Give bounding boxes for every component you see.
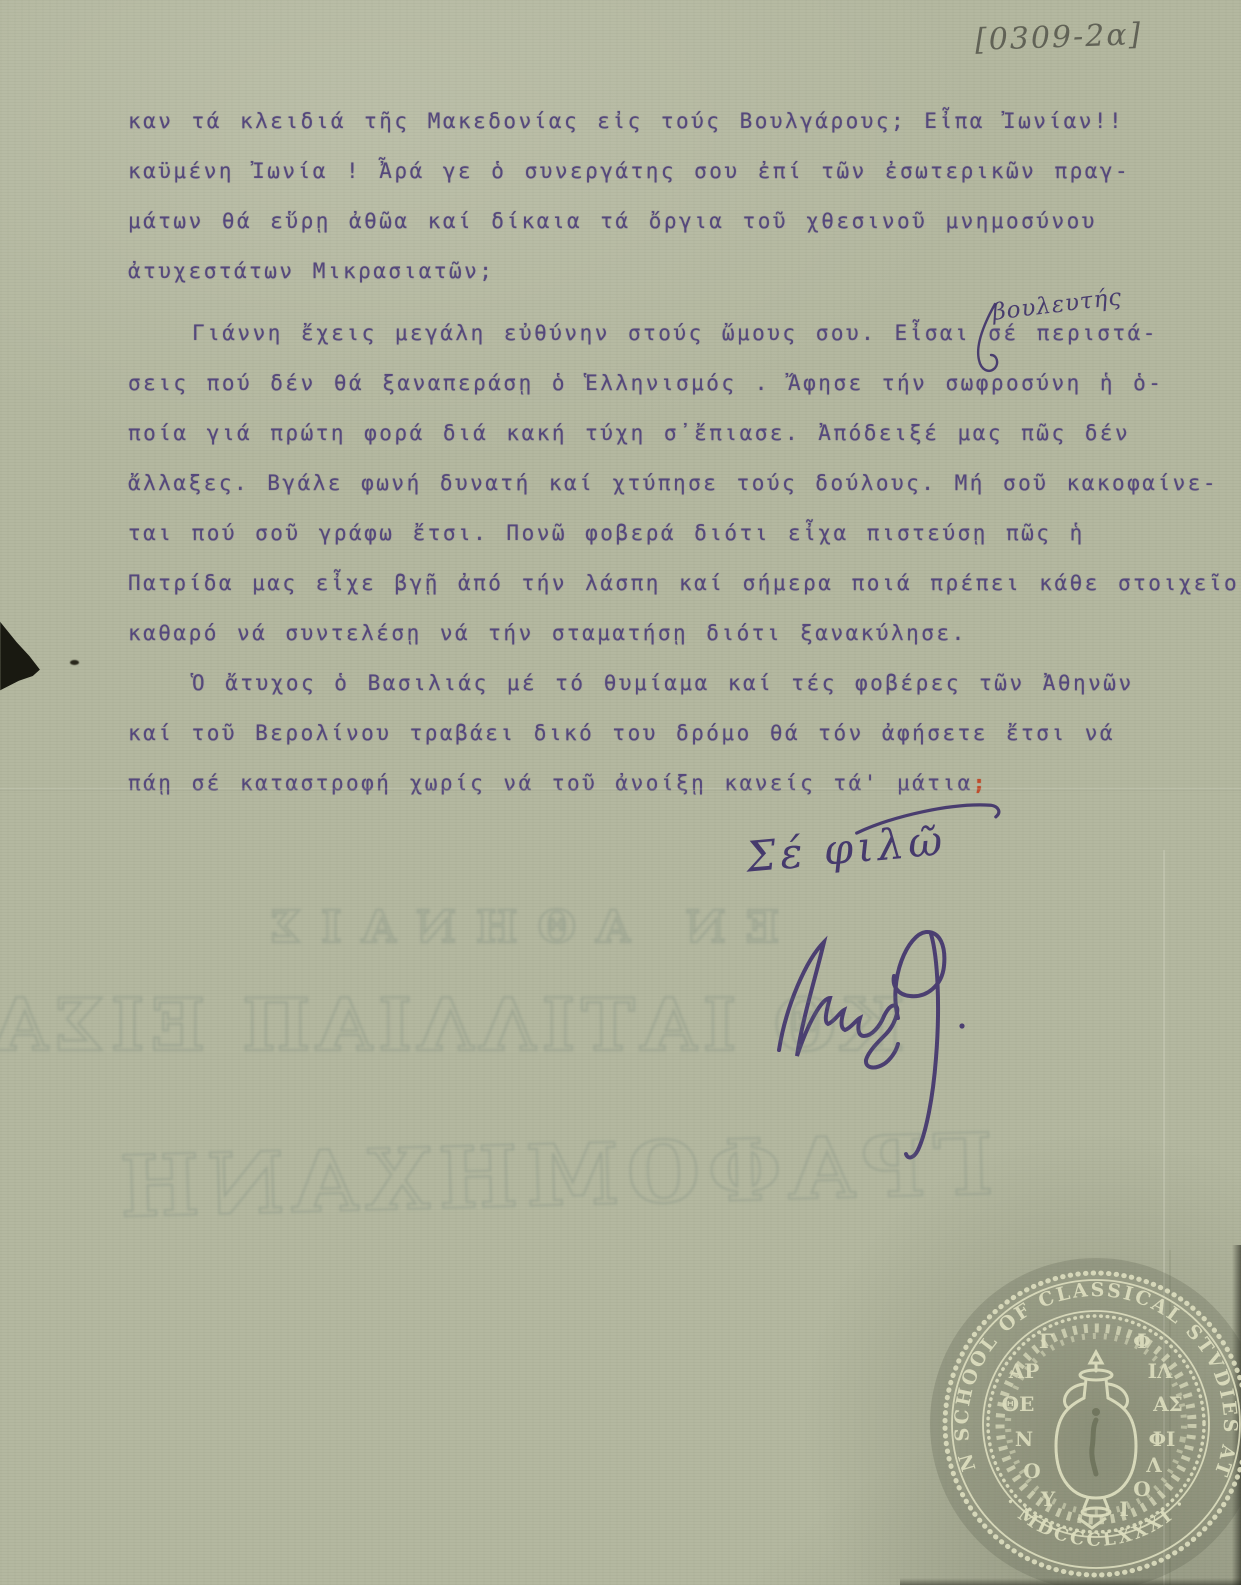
insertion-caret-stroke [955,302,1025,392]
seal-letter-left: Υ [1040,1487,1056,1511]
typed-line-text: καθαρό νά συντελέσῃ νά τήν σταματήσῃ διό… [128,621,967,645]
typed-line: ποία γιά πρώτη φορά διά κακή τύχη σ᾽ἔπια… [128,408,1238,458]
seal-letter-right: ΑΣ [1152,1392,1183,1416]
typed-line: πάῃ σέ καταστροφή χωρίς νά τοῦ ἀνοίξῃ κα… [128,758,1238,808]
horizontal-fold-crease [0,788,1241,791]
seal-letter-right: ΙΛ [1148,1359,1173,1383]
typed-line-text: ἄλλαξες. Βγάλε φωνή δυνατή καί χτύπησε τ… [128,471,1218,495]
archive-number: [0309-2α] [974,17,1142,58]
typed-line-text: μάτων θά εὕρῃ ἀθῶα καί δίκαια τά ὄργια τ… [128,209,1097,233]
typed-line: ἄλλαξες. Βγάλε φωνή δυνατή καί χτύπησε τ… [128,458,1238,508]
seal-letter-left: Γ [1039,1329,1053,1353]
scanned-letter-page: [0309-2α] καν τά κλειδιά τῆς Μακεδονίας … [0,0,1241,1585]
show-through-name: ΚΘ ΙΑΤΙΛΛΙΑΠ ΕΙΣΑ [0,982,905,1067]
embossed-seal: AMERICAN SCHOOL OF CLASSICAL STVDIES AT … [928,1256,1241,1585]
typed-line-text: Πατρίδα μας εἶχε βγῇ ἀπό τήν λάσπη καί σ… [128,571,1239,595]
letter-body: καν τά κλειδιά τῆς Μακεδονίας εἰς τούς Β… [128,96,1238,808]
seal-letter-right: Ι [1119,1497,1128,1521]
seal-letter-right: Λ [1145,1453,1162,1477]
typed-line-text: ποία γιά πρώτη φορά διά κακή τύχη σ᾽ἔπια… [128,421,1130,445]
typed-line: καν τά κλειδιά τῆς Μακεδονίας εἰς τούς Β… [128,96,1238,146]
typed-line: καθαρό νά συντελέσῃ νά τήν σταματήσῃ διό… [128,608,1238,658]
paper-tear [0,612,42,692]
typed-line: Ὁ ἄτυχος ὁ Βασιλιάς μέ τό θυμίαμα καί τέ… [128,658,1238,708]
seal-letter-left: Ν [1015,1427,1033,1451]
typed-line: σεις πού δέν θά ξαναπεράσῃ ὁ Ἑλληνισμός … [128,358,1238,408]
typed-line: μάτων θά εὕρῃ ἀθῶα καί δίκαια τά ὄργια τ… [128,196,1238,246]
typed-line: ται πού σοῦ γράφω ἔτσι. Πονῶ φοβερά διότ… [128,508,1238,558]
red-ink-mark: ; [973,771,988,795]
typed-line-text: ται πού σοῦ γράφω ἔτσι. Πονῶ φοβερά διότ… [128,521,1085,545]
handwritten-closing: Σέ φιλῶ [744,815,948,881]
show-through-city: ΕΝ ΑΘΗΝΑΙΣ [250,902,779,953]
ink-speck [70,660,79,665]
typed-line: Πατρίδα μας εἶχε βγῇ ἀπό τήν λάσπη καί σ… [128,558,1238,608]
seal-letter-right: Ο [1133,1477,1150,1501]
typed-line: καϋμένη Ἰωνία ! Ἆρά γε ὁ συνεργάτης σου … [128,146,1238,196]
seal-letter-left: ΘΕ [1002,1392,1035,1416]
show-through-product: ΓΡΑΦΟΜΗΧΑΝΗ [111,1114,994,1236]
typed-line-text: ἀτυχεστάτων Μικρασιατῶν; [128,259,494,283]
typed-line-text: πάῃ σέ καταστροφή χωρίς νά τοῦ ἀνοίξῃ κα… [128,771,973,795]
typed-line-text: καϋμένη Ἰωνία ! Ἆρά γε ὁ συνεργάτης σου … [128,159,1130,183]
seal-letter-right: Φ [1133,1329,1150,1353]
typed-line-text: Ὁ ἄτυχος ὁ Βασιλιάς μέ τό θυμίαμα καί τέ… [192,671,1134,695]
typed-line: καί τοῦ Βερολίνου τραβάει δικό του δρόμο… [128,708,1238,758]
seal-letter-right: ΦΙ [1149,1427,1176,1451]
seal-letter-left: ΑΡ [1008,1359,1040,1383]
typed-line-text: καν τά κλειδιά τῆς Μακεδονίας εἰς τούς Β… [128,109,1124,133]
seal-letter-left: Ο [1023,1459,1040,1483]
typed-line: ἀτυχεστάτων Μικρασιατῶν; [128,246,1238,296]
typed-line-text: καί τοῦ Βερολίνου τραβάει δικό του δρόμο… [128,721,1115,745]
